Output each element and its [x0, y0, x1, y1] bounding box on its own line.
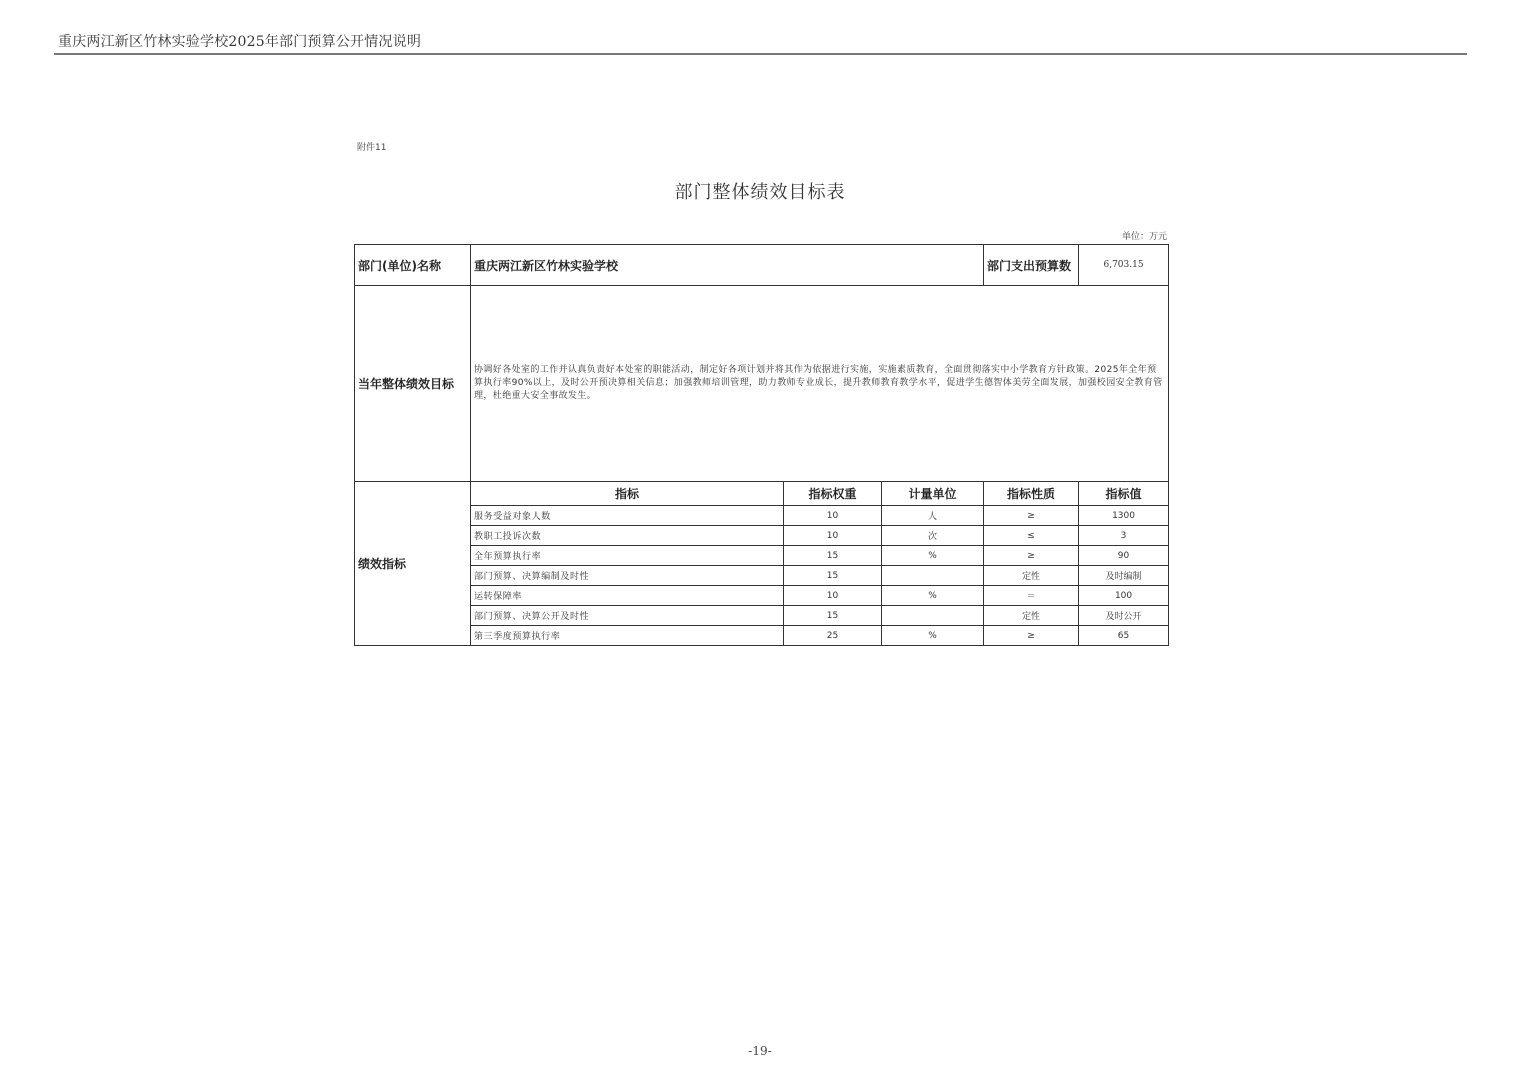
col-header-value: 指标值 — [1079, 482, 1169, 506]
indicator-value: 100 — [1079, 586, 1169, 606]
annual-goal-row: 当年整体绩效目标 协调好各处室的工作并认真负责好本处室的职能活动，制定好各项计划… — [355, 286, 1169, 482]
indicator-weight: 25 — [784, 626, 882, 646]
indicators-label: 绩效指标 — [355, 482, 471, 646]
col-header-nature: 指标性质 — [984, 482, 1079, 506]
indicator-weight: 15 — [784, 546, 882, 566]
indicator-header-row: 绩效指标 指标 指标权重 计量单位 指标性质 指标值 — [355, 482, 1169, 506]
annual-goal-text: 协调好各处室的工作并认真负责好本处室的职能活动，制定好各项计划并将其作为依据进行… — [471, 286, 1169, 482]
indicator-value: 1300 — [1079, 506, 1169, 526]
indicator-nature: 定性 — [984, 606, 1079, 626]
indicator-weight: 10 — [784, 506, 882, 526]
indicator-unit: 次 — [882, 526, 984, 546]
indicator-nature: ≤ — [984, 526, 1079, 546]
indicator-weight: 10 — [784, 586, 882, 606]
indicator-nature: ≥ — [984, 546, 1079, 566]
page-title: 部门整体绩效目标表 — [0, 178, 1520, 204]
indicator-value: 65 — [1079, 626, 1169, 646]
indicator-nature: ≥ — [984, 506, 1079, 526]
indicator-unit — [882, 566, 984, 586]
table-row: 教职工投诉次数 10 次 ≤ 3 — [355, 526, 1169, 546]
attachment-label: 附件11 — [357, 140, 386, 153]
indicator-name: 第三季度预算执行率 — [471, 626, 784, 646]
indicator-unit: % — [882, 626, 984, 646]
indicator-unit: 人 — [882, 506, 984, 526]
indicator-nature: ≥ — [984, 626, 1079, 646]
performance-goal-table: 部门(单位)名称 重庆两江新区竹林实验学校 部门支出预算数 6,703.15 当… — [354, 244, 1169, 646]
indicator-value: 90 — [1079, 546, 1169, 566]
indicator-nature: ＝ — [984, 586, 1079, 606]
indicator-weight: 15 — [784, 566, 882, 586]
table-row: 服务受益对象人数 10 人 ≥ 1300 — [355, 506, 1169, 526]
dept-name-label: 部门(单位)名称 — [355, 245, 471, 286]
indicator-weight: 15 — [784, 606, 882, 626]
indicator-value: 及时编制 — [1079, 566, 1169, 586]
running-header: 重庆两江新区竹林实验学校2025年部门预算公开情况说明 — [58, 31, 421, 51]
indicator-weight: 10 — [784, 526, 882, 546]
indicator-unit: % — [882, 546, 984, 566]
indicator-value: 3 — [1079, 526, 1169, 546]
dept-name-value: 重庆两江新区竹林实验学校 — [471, 245, 984, 286]
indicator-name: 部门预算、决算公开及时性 — [471, 606, 784, 626]
col-header-indicator: 指标 — [471, 482, 784, 506]
budget-value: 6,703.15 — [1079, 245, 1169, 286]
page-number: -19- — [0, 1044, 1520, 1058]
header-rule — [54, 53, 1467, 55]
indicator-name: 部门预算、决算编制及时性 — [471, 566, 784, 586]
col-header-unit: 计量单位 — [882, 482, 984, 506]
indicator-name: 服务受益对象人数 — [471, 506, 784, 526]
table-row: 第三季度预算执行率 25 % ≥ 65 — [355, 626, 1169, 646]
indicator-unit — [882, 606, 984, 626]
indicator-value: 及时公开 — [1079, 606, 1169, 626]
indicator-name: 运转保障率 — [471, 586, 784, 606]
col-header-weight: 指标权重 — [784, 482, 882, 506]
table-row: 全年预算执行率 15 % ≥ 90 — [355, 546, 1169, 566]
indicator-nature: 定性 — [984, 566, 1079, 586]
table-row: 运转保障率 10 % ＝ 100 — [355, 586, 1169, 606]
table-row: 部门预算、决算公开及时性 15 定性 及时公开 — [355, 606, 1169, 626]
budget-label: 部门支出预算数 — [984, 245, 1079, 286]
dept-row: 部门(单位)名称 重庆两江新区竹林实验学校 部门支出预算数 6,703.15 — [355, 245, 1169, 286]
annual-goal-label: 当年整体绩效目标 — [355, 286, 471, 482]
table-row: 部门预算、决算编制及时性 15 定性 及时编制 — [355, 566, 1169, 586]
indicator-name: 全年预算执行率 — [471, 546, 784, 566]
unit-note: 单位：万元 — [1100, 229, 1167, 242]
indicator-unit: % — [882, 586, 984, 606]
indicator-name: 教职工投诉次数 — [471, 526, 784, 546]
